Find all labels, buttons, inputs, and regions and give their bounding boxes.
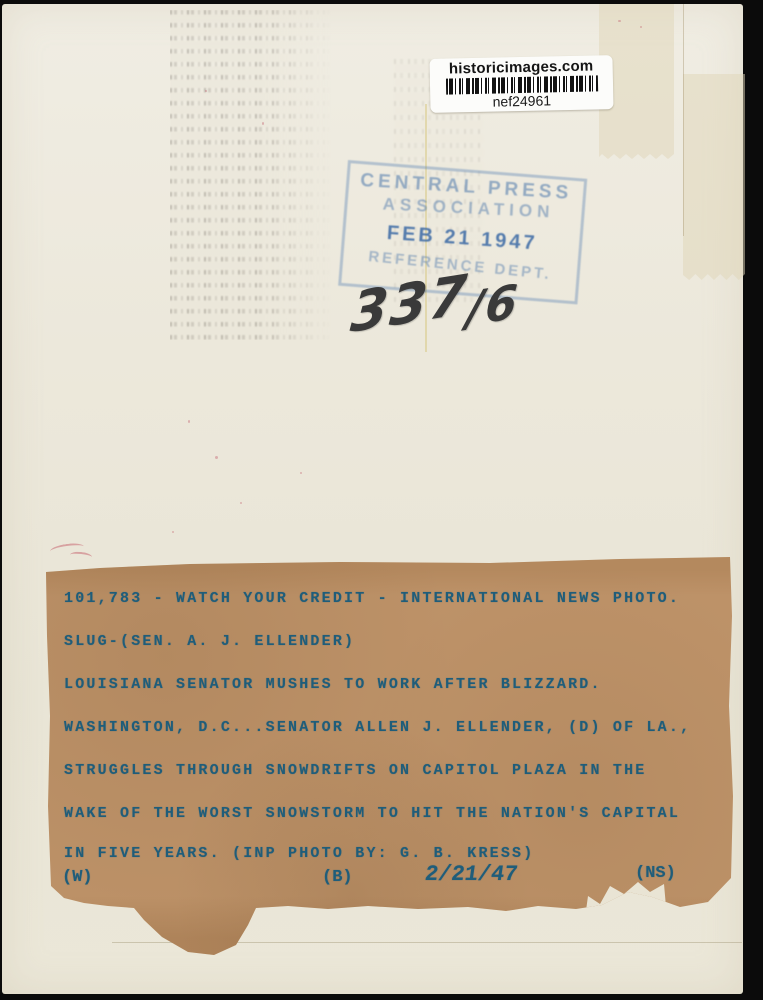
barcode-graphic	[445, 75, 597, 94]
red-scribble	[70, 551, 93, 561]
caption-line: STRUGGLES THROUGH SNOWDRIFTS ON CAPITOL …	[64, 762, 724, 779]
red-speck	[262, 122, 264, 125]
barcode-site-text: historicimages.com	[449, 58, 594, 77]
red-speck	[188, 420, 190, 423]
red-speck	[215, 456, 218, 459]
red-speck	[172, 531, 174, 533]
caption-line: IN FIVE YEARS. (INP PHOTO BY: G. B. KRES…	[64, 845, 724, 862]
ghost-typewriter-column	[170, 10, 340, 340]
paper-seam	[683, 4, 684, 236]
caption-line: WAKE OF THE WORST SNOWSTORM TO HIT THE N…	[64, 805, 724, 822]
caption-line: WASHINGTON, D.C...SENATOR ALLEN J. ELLEN…	[64, 719, 724, 736]
barcode-label: historicimages.com nef24961	[429, 55, 613, 113]
caption-line: 101,783 - WATCH YOUR CREDIT - INTERNATIO…	[64, 590, 724, 607]
caption-line: LOUISIANA SENATOR MUSHES TO WORK AFTER B…	[64, 676, 724, 693]
tape-patch	[683, 74, 745, 280]
red-speck	[205, 90, 207, 92]
wire-mark-ns: (NS)	[635, 864, 676, 883]
red-speck	[300, 472, 302, 474]
red-speck	[240, 502, 242, 504]
red-speck	[618, 20, 621, 22]
barcode-code-text: nef24961	[493, 93, 552, 109]
wire-mark-b: (B)	[322, 868, 353, 887]
caption-line: SLUG-(SEN. A. J. ELLENDER)	[64, 633, 724, 650]
red-speck	[640, 26, 642, 28]
handwritten-number-fraction: /6	[465, 273, 522, 337]
wire-mark-w: (W)	[62, 868, 93, 887]
caption-date: 2/21/47	[423, 862, 519, 887]
